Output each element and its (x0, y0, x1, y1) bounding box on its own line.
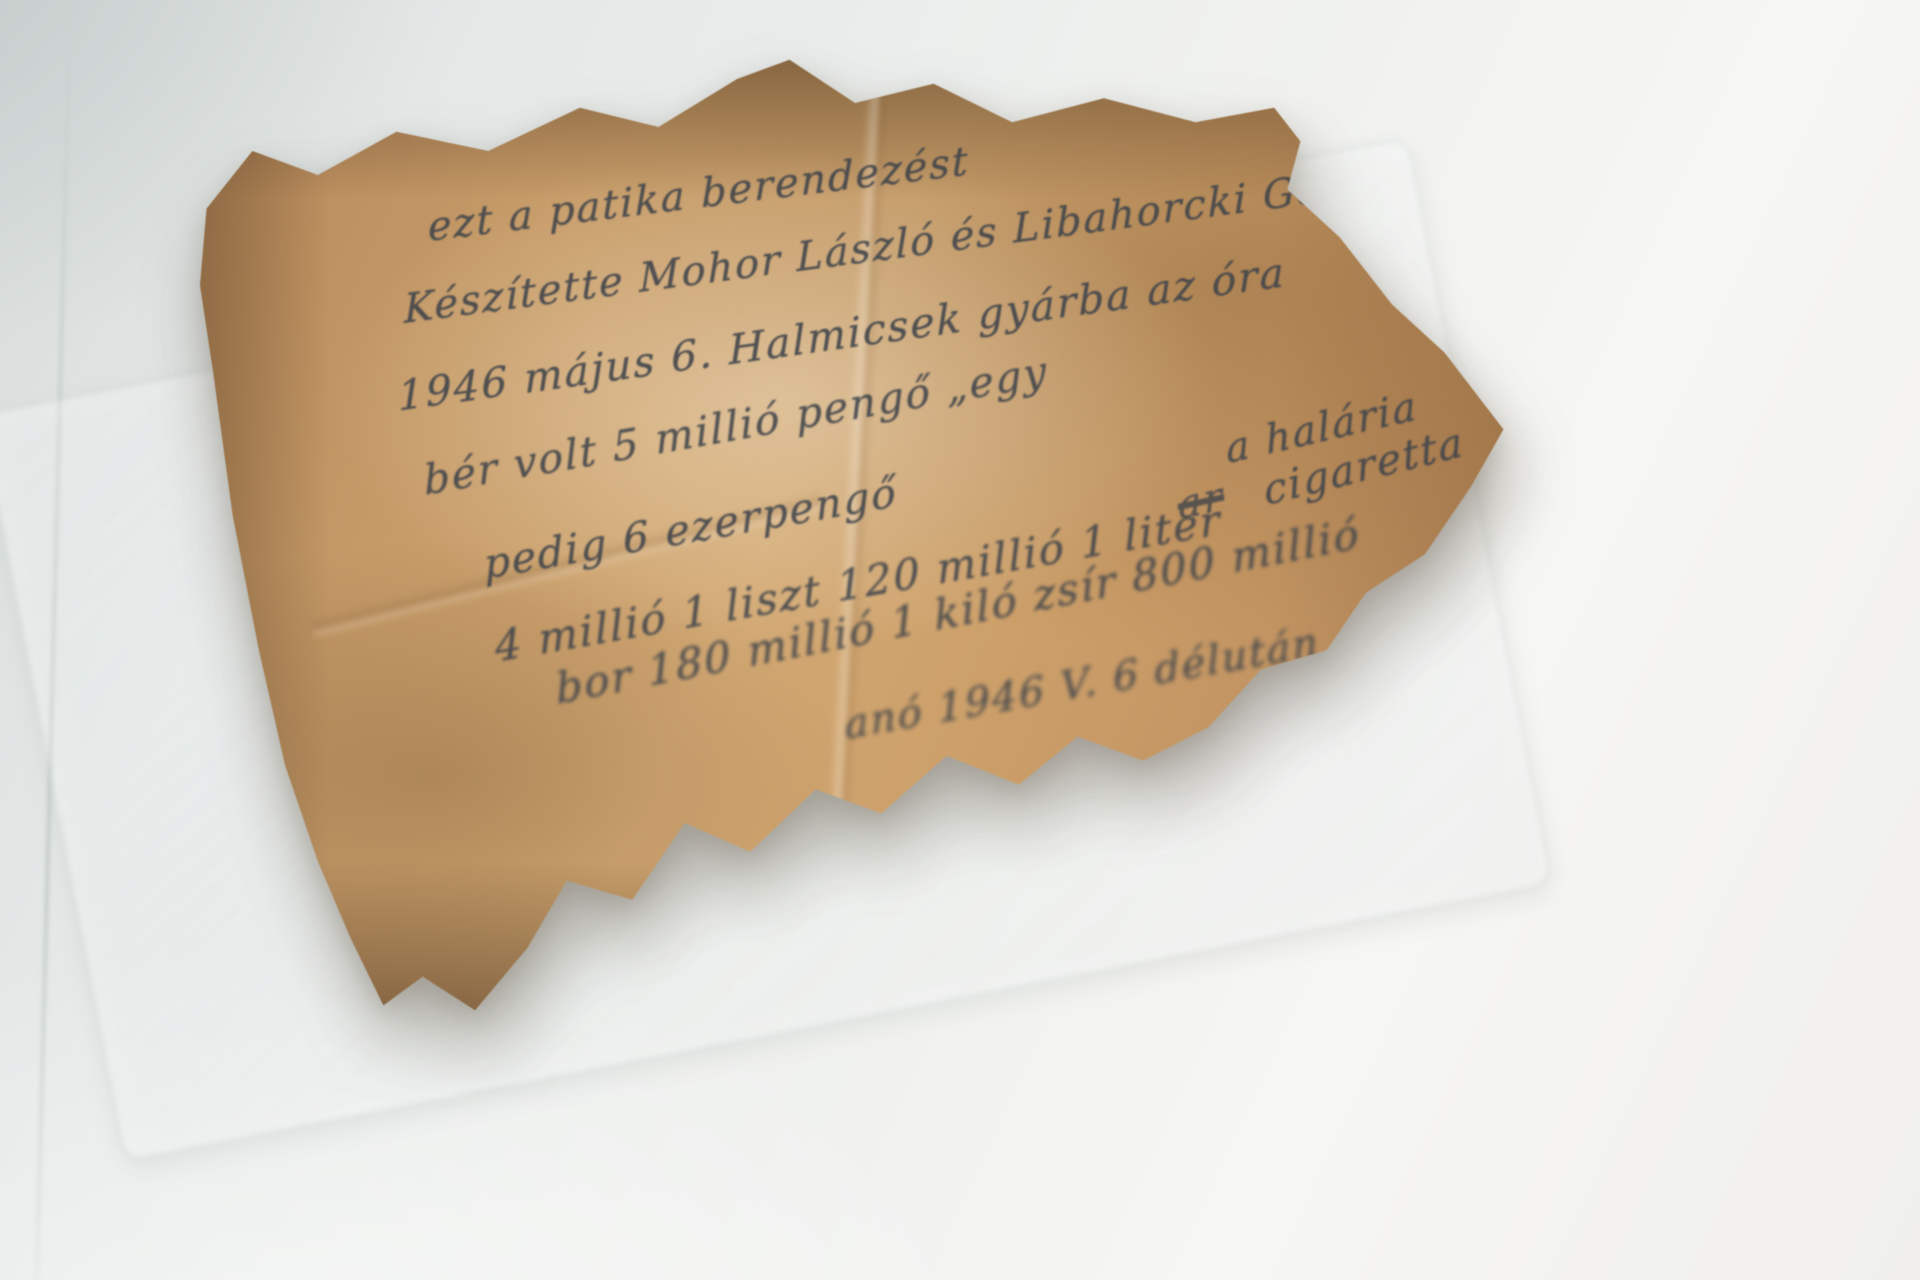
paper-shadow: ezt a patika berendezést Készítette Moho… (0, 0, 1920, 1280)
photo-scene: ezt a patika berendezést Készítette Moho… (0, 0, 1920, 1280)
torn-paper-note: ezt a patika berendezést Készítette Moho… (200, 55, 1510, 1015)
